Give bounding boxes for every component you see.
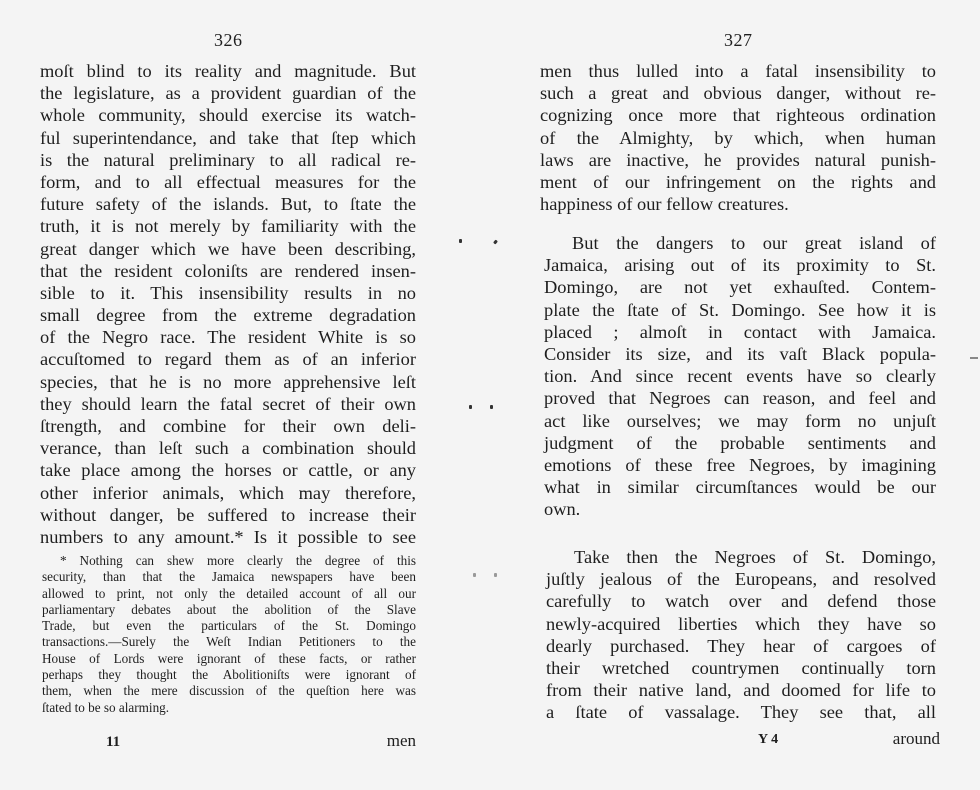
gutter-speck — [473, 573, 476, 577]
footnote-line: them, when the mere discussion of the qu… — [42, 683, 416, 699]
paragraph-2: But the dangers to our great island of J… — [544, 232, 936, 520]
text-line: that the resident coloniſts are rendered… — [40, 260, 416, 282]
text-line: from their native land, and doomed for l… — [546, 679, 936, 701]
text-line: ful superintendance, and take that ſtep … — [40, 127, 416, 149]
text-line: without danger, be suffered to increase … — [40, 504, 416, 526]
gutter-speck — [490, 405, 493, 409]
footnote-line: parliamentary debates about the abolitio… — [42, 602, 416, 618]
text-line: Consider its size, and its vaſt Black po… — [544, 343, 936, 365]
text-line: other inferior animals, which may theref… — [40, 482, 416, 504]
edge-speck — [970, 357, 978, 359]
text-line: emotions of these free Negroes, by imagi… — [544, 454, 936, 476]
text-line: of the Almighty, by which, when human — [540, 127, 936, 149]
text-line: they should learn the fatal secret of th… — [40, 393, 416, 415]
text-line: such a great and obvious danger, without… — [540, 82, 936, 104]
text-line: whole community, should exercise its wat… — [40, 104, 416, 126]
text-line: future safety of the islands. But, to ſt… — [40, 193, 416, 215]
footnote-line: Trade, but even the particulars of the S… — [42, 618, 416, 634]
catchword: around — [893, 729, 940, 749]
footnote-line: transactions.—Surely the Weſt Indian Pet… — [42, 634, 416, 650]
text-line: dearly purchased. They hear of cargoes o… — [546, 635, 936, 657]
text-line: ment of our infringement on the rights a… — [540, 171, 936, 193]
text-line: take place among the horses or cattle, o… — [40, 459, 416, 481]
text-line: carefully to watch over and defend those — [546, 590, 936, 612]
text-line: men thus lulled into a fatal insensibili… — [540, 60, 936, 82]
text-line: of the Negro race. The resident White is… — [40, 326, 416, 348]
gutter-speck — [469, 405, 472, 409]
text-line: the legislature, as a provident guardian… — [40, 82, 416, 104]
paragraph-3: Take then the Negroes of St. Domingo, ju… — [546, 546, 936, 724]
text-line: form, and to all effectual measures for … — [40, 171, 416, 193]
text-line: numbers to any amount.* Is it possible t… — [40, 526, 416, 548]
text-line: moſt blind to its reality and magnitude.… — [40, 60, 416, 82]
left-page-body: moſt blind to its reality and magnitude.… — [40, 60, 416, 548]
text-line: great danger which we have been describi… — [40, 238, 416, 260]
text-line: is the natural preliminary to all radica… — [40, 149, 416, 171]
footnote-line: perhaps they thought the Abolitioniſts w… — [42, 667, 416, 683]
signature-mark: 11 — [106, 734, 120, 751]
text-line: truth, it is not merely by familiarity w… — [40, 215, 416, 237]
text-line: a ſtate of vassalage. They see that, all — [546, 701, 936, 723]
text-line: Take then the Negroes of St. Domingo, — [546, 546, 936, 568]
signature-mark: Y 4 — [758, 732, 778, 748]
footnote-line: * Nothing can shew more clearly the degr… — [42, 553, 416, 569]
text-line: tion. And since recent events have so cl… — [544, 365, 936, 387]
text-line: happiness of our fellow creatures. — [540, 193, 936, 215]
footnote-line: House of Lords were ignorant of these fa… — [42, 651, 416, 667]
text-line: Jamaica, arising out of its proximity to… — [544, 254, 936, 276]
text-line: their wretched countrymen continually to… — [546, 657, 936, 679]
text-line: laws are inactive, he provides natural p… — [540, 149, 936, 171]
footnote-line: security, than that the Jamaica newspape… — [42, 569, 416, 585]
text-line: juſtly jealous of the Europeans, and res… — [546, 568, 936, 590]
catchword: men — [387, 731, 416, 751]
text-line: species, that he is no more apprehensive… — [40, 371, 416, 393]
text-line: proved that Negroes can reason, and feel… — [544, 387, 936, 409]
text-line: plate the ſtate of St. Domingo. See how … — [544, 299, 936, 321]
text-line: ſtrength, and combine for their own deli… — [40, 415, 416, 437]
text-line: cognizing once more that righteous ordin… — [540, 104, 936, 126]
text-line: Domingo, are not yet exhauſted. Contem- — [544, 276, 936, 298]
gutter-speck — [459, 239, 462, 243]
paragraph-1: men thus lulled into a fatal insensibili… — [540, 60, 936, 215]
text-line: judgment of the probable sentiments and — [544, 432, 936, 454]
text-line: sible to it. This insensibility results … — [40, 282, 416, 304]
page-number-left: 326 — [214, 30, 243, 51]
footnote-line: allowed to print, not only the detailed … — [42, 586, 416, 602]
text-line: own. — [544, 498, 936, 520]
text-line: act like ourselves; we may form no unjuſ… — [544, 410, 936, 432]
gutter-speck — [494, 573, 497, 577]
page-number-right: 327 — [724, 30, 753, 51]
text-line: accuſtomed to regard them as of an infer… — [40, 348, 416, 370]
text-line: verance, than leſt such a combination sh… — [40, 437, 416, 459]
gutter-speck — [493, 240, 498, 245]
text-line: what in similar circumſtances would be o… — [544, 476, 936, 498]
text-line: placed ; almoſt in contact with Jamaica. — [544, 321, 936, 343]
footnote-line: ſtated to be so alarming. — [42, 700, 416, 716]
text-line: But the dangers to our great island of — [544, 232, 936, 254]
footnote: * Nothing can shew more clearly the degr… — [42, 553, 416, 716]
text-line: newly-acquired liberties which they have… — [546, 613, 936, 635]
text-line: small degree from the extreme degradatio… — [40, 304, 416, 326]
